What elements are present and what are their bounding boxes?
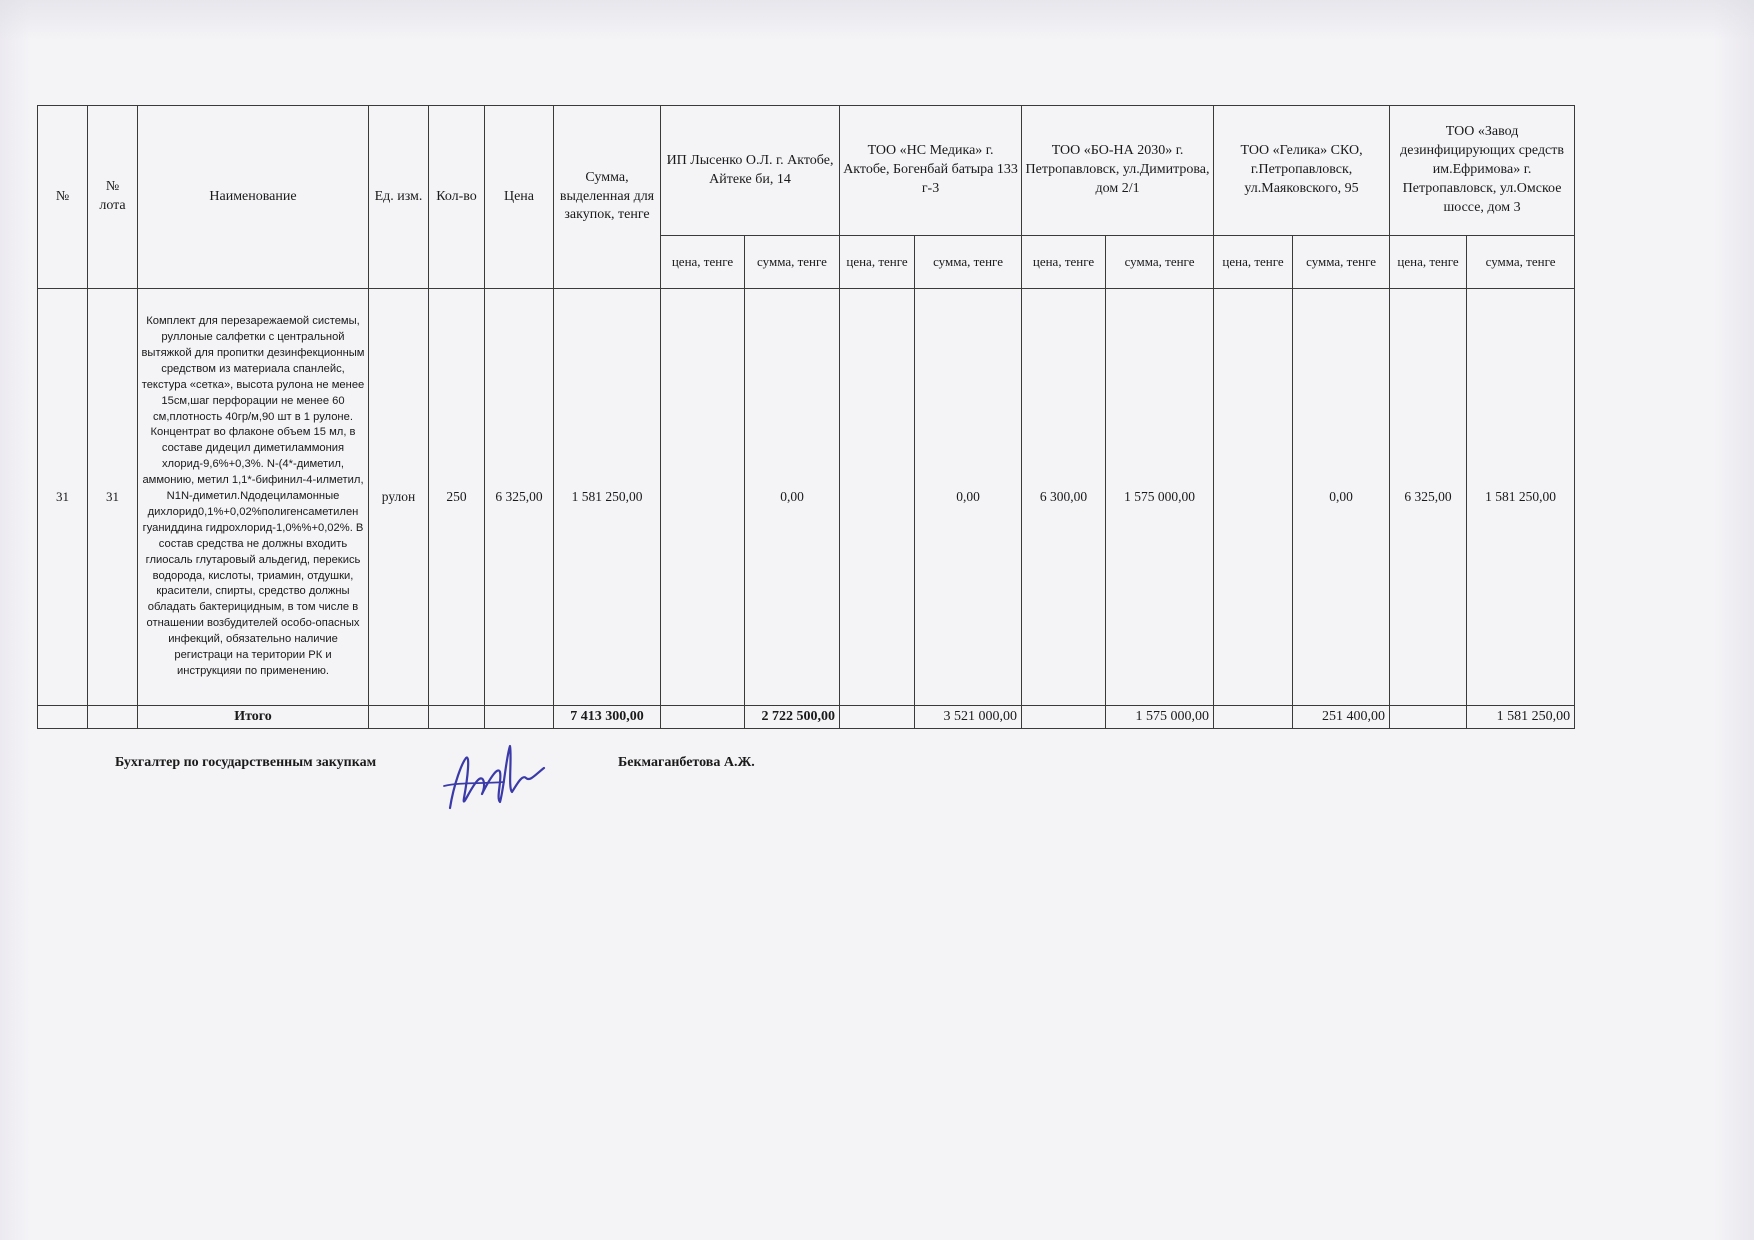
total-amount: 7 413 300,00: [554, 706, 661, 729]
total-label: Итого: [138, 706, 369, 729]
sub-header-price: цена, тенге: [1390, 236, 1467, 289]
row-price: 6 325,00: [485, 289, 554, 706]
total-supplier-5-sum: 1 581 250,00: [1467, 706, 1575, 729]
sub-header-price: цена, тенге: [661, 236, 745, 289]
sub-header-sum: сумма, тенге: [1293, 236, 1390, 289]
header-row: № № лота Наименование Ед. изм. Кол-во Це…: [38, 106, 1575, 236]
col-header-price: Цена: [485, 106, 554, 289]
row-lot-no: 31: [88, 289, 138, 706]
row-no: 31: [38, 289, 88, 706]
total-supplier-1-sum: 2 722 500,00: [745, 706, 840, 729]
sub-header-price: цена, тенге: [1214, 236, 1293, 289]
total-empty: [38, 706, 88, 729]
total-empty: [661, 706, 745, 729]
total-empty: [840, 706, 915, 729]
total-empty: [1022, 706, 1106, 729]
signer-role: Бухгалтер по государственным закупкам: [115, 755, 376, 771]
total-supplier-2-sum: 3 521 000,00: [915, 706, 1022, 729]
offer-5-sum: 1 581 250,00: [1467, 289, 1575, 706]
total-empty: [1390, 706, 1467, 729]
total-empty: [429, 706, 485, 729]
row-amount: 1 581 250,00: [554, 289, 661, 706]
offer-4-price: [1214, 289, 1293, 706]
sub-header-sum: сумма, тенге: [1106, 236, 1214, 289]
supplier-header-1: ИП Лысенко О.Л. г. Актобе, Айтеке би, 14: [661, 106, 840, 236]
sub-header-sum: сумма, тенге: [915, 236, 1022, 289]
offer-3-sum: 1 575 000,00: [1106, 289, 1214, 706]
offer-1-sum: 0,00: [745, 289, 840, 706]
col-header-unit: Ед. изм.: [369, 106, 429, 289]
offer-3-price: 6 300,00: [1022, 289, 1106, 706]
supplier-header-3: ТОО «БО-НА 2030» г. Петропавловск, ул.Ди…: [1022, 106, 1214, 236]
sub-header-sum: сумма, тенге: [745, 236, 840, 289]
col-header-name: Наименование: [138, 106, 369, 289]
supplier-header-2: ТОО «НС Медика» г. Актобе, Богенбай баты…: [840, 106, 1022, 236]
row-qty: 250: [429, 289, 485, 706]
total-empty: [1214, 706, 1293, 729]
table-row: 31 31 Комплект для перезарежаемой систем…: [38, 289, 1575, 706]
row-unit: рулон: [369, 289, 429, 706]
total-empty: [88, 706, 138, 729]
col-header-qty: Кол-во: [429, 106, 485, 289]
col-header-no: №: [38, 106, 88, 289]
signer-name: Бекмаганбетова А.Ж.: [618, 755, 755, 771]
total-empty: [369, 706, 429, 729]
procurement-comparison-table: № № лота Наименование Ед. изм. Кол-во Це…: [37, 105, 1575, 729]
offer-2-sum: 0,00: [915, 289, 1022, 706]
offer-4-sum: 0,00: [1293, 289, 1390, 706]
sub-header-sum: сумма, тенге: [1467, 236, 1575, 289]
col-header-amount: Сумма, выделенная для закупок, тенге: [554, 106, 661, 289]
sub-header-price: цена, тенге: [840, 236, 915, 289]
offer-1-price: [661, 289, 745, 706]
total-empty: [485, 706, 554, 729]
offer-2-price: [840, 289, 915, 706]
offer-5-price: 6 325,00: [1390, 289, 1467, 706]
supplier-header-4: ТОО «Гелика» СКО, г.Петропавловск, ул.Ма…: [1214, 106, 1390, 236]
total-supplier-4-sum: 251 400,00: [1293, 706, 1390, 729]
supplier-header-5: ТОО «Завод дезинфицирующих средств им.Еф…: [1390, 106, 1575, 236]
handwritten-signature-icon: [440, 728, 550, 828]
total-supplier-3-sum: 1 575 000,00: [1106, 706, 1214, 729]
sub-header-price: цена, тенге: [1022, 236, 1106, 289]
total-row: Итого 7 413 300,00 2 722 500,00 3 521 00…: [38, 706, 1575, 729]
col-header-lot-no: № лота: [88, 106, 138, 289]
row-item-description: Комплект для перезарежаемой системы, рул…: [138, 289, 369, 706]
